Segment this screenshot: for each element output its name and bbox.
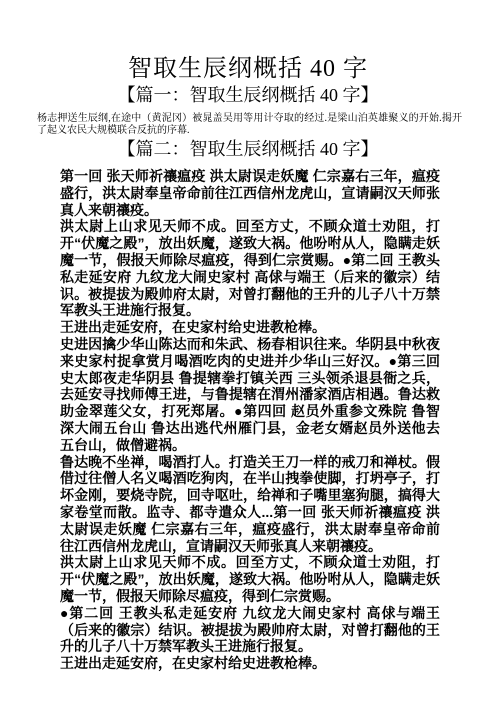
section-2-body: 第一回 张天师祈禳瘟疫 洪太尉误走妖魔 仁宗嘉右三年，瘟疫盛行，洪太尉奉皇帝命前… — [60, 168, 440, 672]
body-paragraph: 王进出走延安府，在史家村给史进教枪棒。 — [60, 655, 440, 672]
body-paragraph: 史进因擒少华山陈达而和朱武、杨春相识往来。华阴县中秋夜来史家村捉拿赏月喝酒吃肉的… — [60, 336, 440, 454]
body-paragraph: 王进出走延安府，在史家村给史进教枪棒。 — [60, 319, 440, 336]
body-paragraph: 洪太尉上山求见天师不成。回至方丈，不顾众道士劝阻，打开“伏魔之殿”，放出妖魔，遂… — [60, 554, 440, 604]
body-paragraph: 鲁达晚不坐禅，喝酒打人。打造关王刀一样的戒刀和禅杖。假借过往僧人名义喝酒吃狗肉，… — [60, 454, 440, 555]
body-paragraph: 洪太尉上山求见天师不成。回至方丈，不顾众道士劝阻，打开“伏魔之殿”，放出妖魔，遂… — [60, 218, 440, 319]
section-1-summary: 杨志押送生辰纲,在途中（黄泥冈）被晁盖吴用等用计夺取的经过.是梁山泊英雄聚义的开… — [37, 113, 462, 136]
document-page: 智取生辰纲概括 40 字 【篇一：智取生辰纲概括 40 字】 杨志押送生辰纲,在… — [0, 0, 496, 702]
document-title: 智取生辰纲概括 40 字 — [0, 54, 496, 84]
body-paragraph: ●第二回 王教头私走延安府 九纹龙大闹史家村 高俅与端王（后来的徽宗）结识。被提… — [60, 605, 440, 655]
section-1-heading: 【篇一：智取生辰纲概括 40 字】 — [0, 84, 496, 106]
body-paragraph: 第一回 张天师祈禳瘟疫 洪太尉误走妖魔 仁宗嘉右三年，瘟疫盛行，洪太尉奉皇帝命前… — [60, 168, 440, 218]
section-2-heading: 【篇二：智取生辰纲概括 40 字】 — [0, 138, 496, 160]
